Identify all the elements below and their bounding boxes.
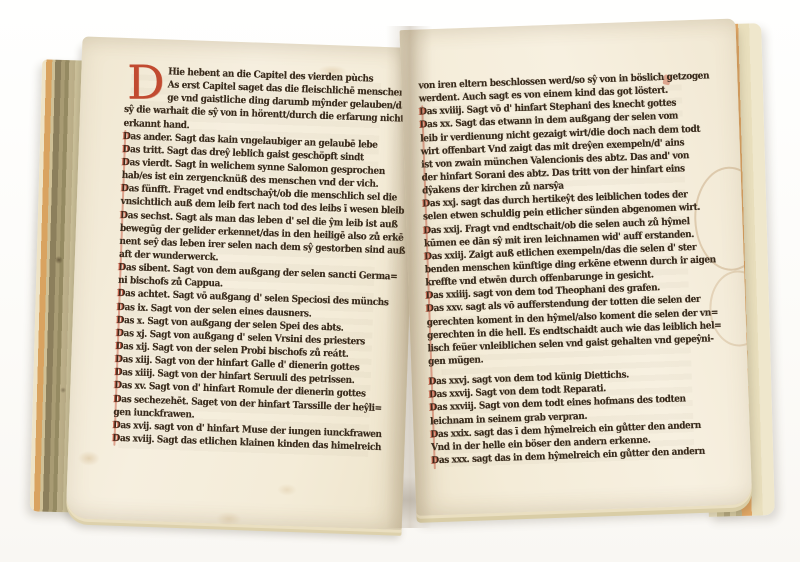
right-page: von iren eltern beschlossen werd/so sŷ v… xyxy=(400,18,753,515)
left-page: D Hie hebent an die Capitel des vierden … xyxy=(66,36,419,529)
right-page-text: von iren eltern beschlossen werd/so sŷ v… xyxy=(418,69,723,467)
left-page-text: Hie hebent an die Capitel des vierden pù… xyxy=(112,64,413,455)
foxing-stain xyxy=(78,451,101,467)
foxing-stain xyxy=(216,511,242,526)
photo-of-open-incunable-book: D Hie hebent an die Capitel des vierden … xyxy=(0,0,800,562)
foxing-stain xyxy=(277,483,297,496)
